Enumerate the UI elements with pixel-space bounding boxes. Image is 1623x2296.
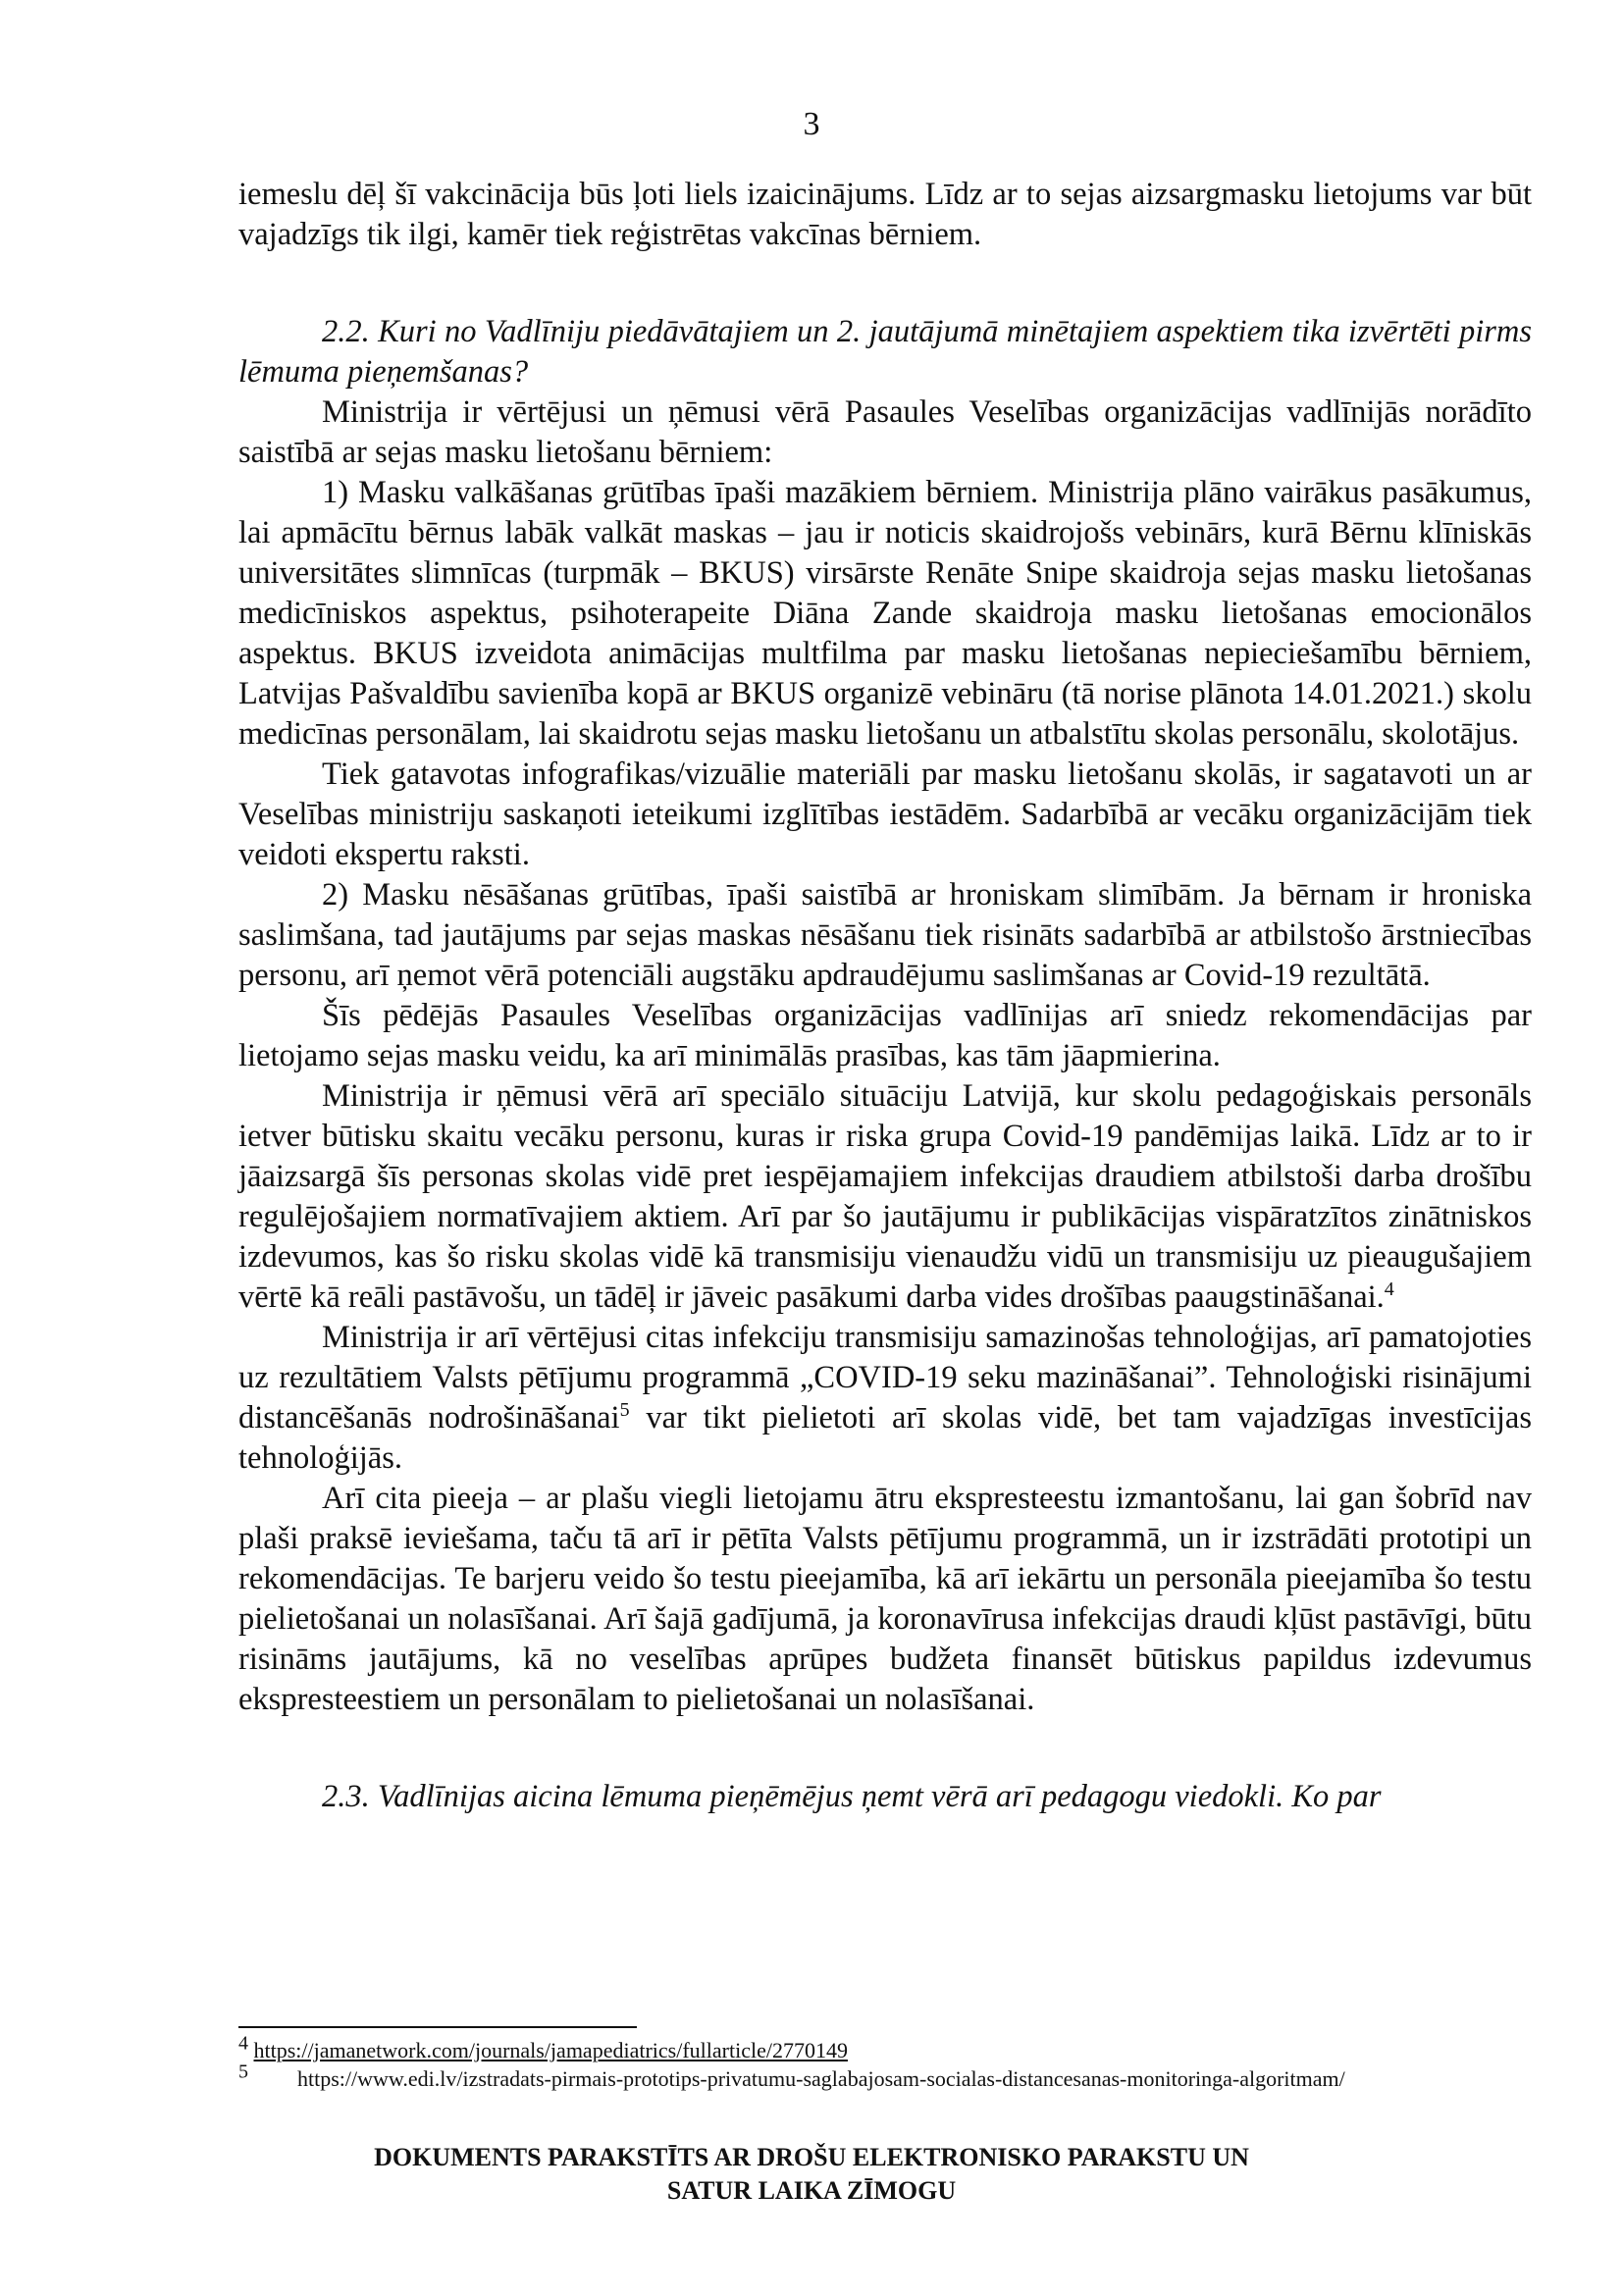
footnote-number: 4 xyxy=(238,2033,248,2055)
footnote-number: 5 xyxy=(238,2061,248,2083)
document-body: iemeslu dēļ šī vakcinācija būs ļoti liel… xyxy=(238,175,1532,1817)
footnote-separator xyxy=(238,2026,637,2028)
footnote-5-link[interactable]: https://www.edi.lv/izstradats-pirmais-pr… xyxy=(297,2066,1345,2091)
list-item-1: 1) Masku valkāšanas grūtības īpaši mazāk… xyxy=(238,473,1532,755)
footnote-5: 5https://www.edi.lv/izstradats-pirmais-p… xyxy=(238,2064,1532,2093)
footnote-ref-5[interactable]: 5 xyxy=(620,1399,630,1421)
paragraph: Šīs pēdējās Pasaules Veselības organizāc… xyxy=(238,996,1532,1076)
footnote-ref-4[interactable]: 4 xyxy=(1385,1278,1394,1300)
paragraph: Tiek gatavotas infografikas/vizuālie mat… xyxy=(238,755,1532,875)
stamp-line-1: DOKUMENTS PARAKSTĪTS AR DROŠU ELEKTRONIS… xyxy=(0,2141,1623,2174)
paragraph: Arī cita pieeja – ar plašu viegli lietoj… xyxy=(238,1479,1532,1720)
stamp-line-2: SATUR LAIKA ZĪMOGU xyxy=(0,2174,1623,2208)
paragraph: Ministrija ir ņēmusi vērā arī speciālo s… xyxy=(238,1076,1532,1318)
paragraph-continuation: iemeslu dēļ šī vakcinācija būs ļoti liel… xyxy=(238,175,1532,255)
footnotes: 4 https://jamanetwork.com/journals/jamap… xyxy=(238,2036,1532,2093)
page-number: 3 xyxy=(0,106,1623,143)
footnote-4-link[interactable]: https://jamanetwork.com/journals/jamaped… xyxy=(254,2038,848,2062)
list-item-2: 2) Masku nēsāšanas grūtības, īpaši saist… xyxy=(238,875,1532,996)
paragraph: Ministrija ir arī vērtējusi citas infekc… xyxy=(238,1318,1532,1479)
question-2-2: 2.2. Kuri no Vadlīniju piedāvātajiem un … xyxy=(238,312,1532,392)
paragraph-text: Ministrija ir ņēmusi vērā arī speciālo s… xyxy=(238,1078,1532,1315)
question-2-3: 2.3. Vadlīnijas aicina lēmuma pieņēmējus… xyxy=(238,1777,1532,1817)
signature-stamp: DOKUMENTS PARAKSTĪTS AR DROŠU ELEKTRONIS… xyxy=(0,2141,1623,2208)
footnote-4: 4 https://jamanetwork.com/journals/jamap… xyxy=(238,2036,1532,2064)
paragraph: Ministrija ir vērtējusi un ņēmusi vērā P… xyxy=(238,392,1532,473)
